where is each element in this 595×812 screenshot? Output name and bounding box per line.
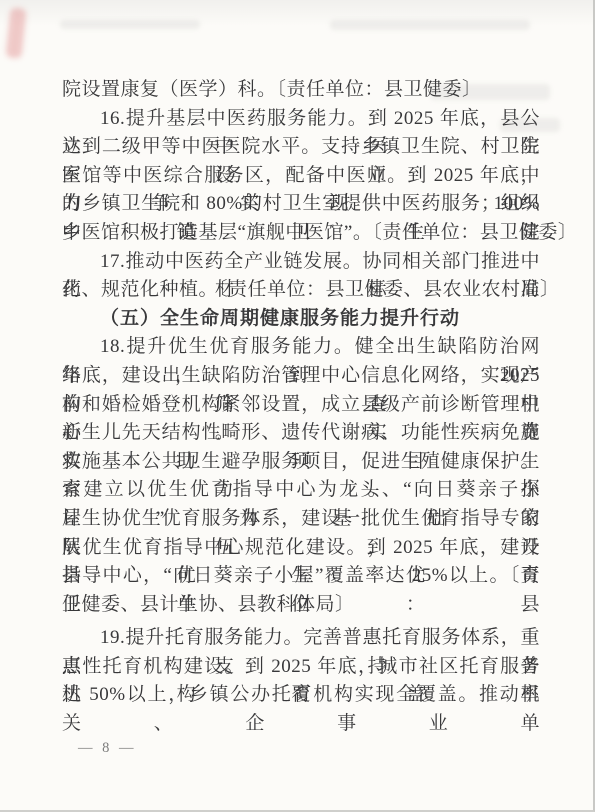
scanned-document-page: 院设置康复（医学）科。〔责任单位：县卫健委〕16.提升基层中医药服务能力。到 2…: [0, 0, 595, 812]
text-line: 展优生优育指导中心规范化建设。到 2025 年底，建设县优生优育: [62, 534, 540, 563]
text-line: 惠性托育机构建设。到 2025 年底，城市社区托育服务机构覆盖率: [62, 653, 540, 682]
text-line: 的乡镇卫生院和 80%的村卫生室提供中医药服务；组织乡镇卫生院: [62, 190, 540, 219]
text-line: 达 50%以上，乡镇公办托育机构实现全覆盖。推动机关、企事业单: [62, 681, 540, 710]
text-line: 指导中心，“向日葵亲子小屋”覆盖率达 25%以上。〔责任单位：县: [62, 562, 540, 591]
text-line: 索建立以优生优育指导中心为龙头、“向日葵亲子小屋”为基础的: [62, 476, 540, 505]
text-line: 17.推动中医药全产业链发展。协同相关部门推进中药材标准: [62, 248, 540, 277]
bleedthrough-smudge: [60, 20, 200, 29]
text-line: 16.提升基层中医药服务能力。到 2025 年底，县公立中医院: [62, 105, 540, 134]
red-ink-artifact: [5, 7, 26, 58]
text-line: （五）全生命周期健康服务能力提升行动: [62, 305, 540, 334]
text-line: 构和婚检婚登机构紧邻设置，成立县级产前诊断管理中心。实施: [62, 391, 540, 420]
text-line: 18.提升优生优育服务能力。健全出生缺陷防治网络，到 2025: [62, 333, 540, 362]
text-line: 实施基本公共卫生避孕服务项目，促进生殖健康保护生育力。探: [62, 448, 540, 477]
text-line: 化、规范化种植。〔责任单位：县卫健委、县农业农村局〕: [62, 276, 540, 305]
text-line: 达到二级甲等中医医院水平。支持乡镇卫生院、村卫生室设立中: [62, 133, 540, 162]
text-line: 年底，建设出生缺陷防治管理中心信息化网络，实现产前筛查机: [62, 362, 540, 391]
text-line: 医馆等中医综合服务区，配备中医师。到 2025 年底，力争实现 100%: [62, 162, 540, 191]
text-line: 计生协优生优育服务体系，建设一批优生优育指导专家队伍，开: [62, 505, 540, 534]
text-line: 新生儿先天结构性畸形、遗传代谢病、功能性疾病免费救助项目。: [62, 419, 540, 448]
text-line: 院设置康复（医学）科。〔责任单位：县卫健委〕: [62, 76, 540, 105]
text-line: 19.提升托育服务能力。完善普惠托育服务体系，重点支持普: [62, 624, 540, 653]
bleedthrough-smudge: [330, 20, 530, 30]
page-number: — 8 —: [78, 740, 137, 757]
document-body: 院设置康复（医学）科。〔责任单位：县卫健委〕16.提升基层中医药服务能力。到 2…: [62, 76, 540, 710]
text-line: 中医馆积极打造基层“旗舰中医馆”。〔责任单位：县卫健委〕: [62, 219, 540, 248]
